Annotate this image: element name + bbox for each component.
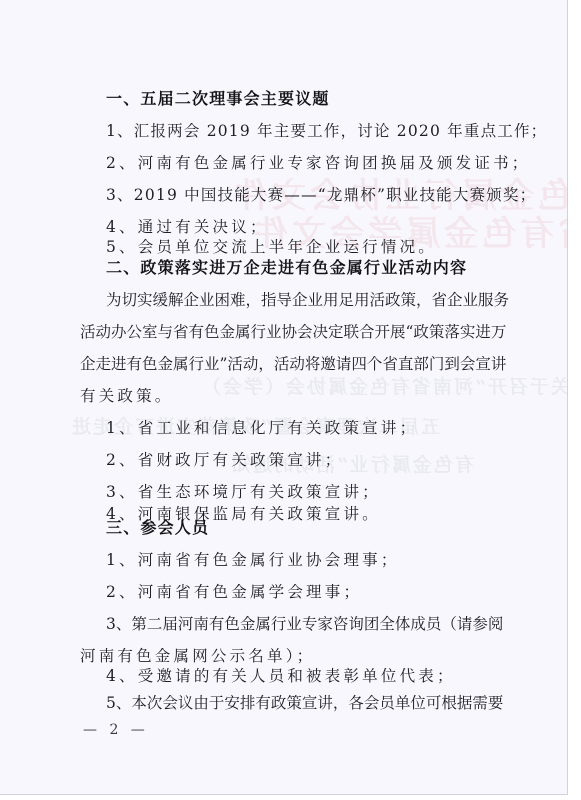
section-2-paragraph-line-3: 企走进有色金属行业”活动，活动将邀请四个省直部门到会宣讲 bbox=[80, 354, 492, 374]
section-1-item-3: 3、2019 中国技能大赛——“龙鼎杯”职业技能大赛颁奖； bbox=[106, 185, 536, 205]
section-3-item-5: 5、本次会议由于安排有政策宣讲，各会员单位可根据需要 bbox=[106, 693, 492, 713]
section-heading-2: 二、政策落实进万企走进有色金属行业活动内容 bbox=[106, 258, 467, 278]
section-3-item-2: 2、河南省有色金属学会理事； bbox=[106, 582, 362, 602]
section-2-item-2: 2、省财政厅有关政策宣讲； bbox=[106, 450, 343, 470]
section-heading-3: 三、参会人员 bbox=[106, 518, 209, 538]
section-heading-1: 一、五届二次理事会主要议题 bbox=[106, 89, 330, 109]
document-page: 河南省有色金属行业协会文件 河南省有色金属学会文件 关于召开“河南省有色金属协会… bbox=[0, 0, 568, 795]
section-2-paragraph-line-2: 活动办公室与省有色金属行业协会决定联合开展“政策落实进万 bbox=[80, 322, 492, 342]
section-1-item-2: 2、河南有色金属行业专家咨询团换届及颁发证书； bbox=[106, 153, 530, 173]
section-3-item-4: 4、受邀请的有关人员和被表彰单位代表； bbox=[106, 666, 456, 686]
section-2-item-1: 1、省工业和信息化厅有关政策宣讲； bbox=[106, 418, 418, 438]
page-number: — 2 — bbox=[83, 722, 149, 738]
section-1-item-1: 1、汇报两会 2019 年主要工作，讨论 2020 年重点工作； bbox=[106, 121, 547, 141]
section-1-item-4: 4、通过有关决议； bbox=[106, 217, 269, 237]
section-2-paragraph-line-4: 有关政策。 bbox=[80, 386, 174, 406]
bleed-through-grey-line-1: 关于召开“河南省有色金属协会（学会） bbox=[200, 372, 568, 399]
section-2-item-3: 3、省生态环境厅有关政策宣讲； bbox=[106, 482, 381, 502]
section-2-paragraph-line-1: 为切实缓解企业困难，指导企业用足用活政策，省企业服务 bbox=[106, 290, 492, 310]
section-1-item-5: 5、会员单位交流上半年企业运行情况。 bbox=[106, 237, 437, 257]
section-3-item-3: 3、第二届河南有色金属行业专家咨询团全体成员（请参阅 bbox=[106, 614, 492, 634]
section-3-item-1: 1、河南省有色金属行业协会理事； bbox=[106, 550, 400, 570]
section-3-item-3-continued: 河南有色金属网公示名单）； bbox=[80, 646, 315, 666]
